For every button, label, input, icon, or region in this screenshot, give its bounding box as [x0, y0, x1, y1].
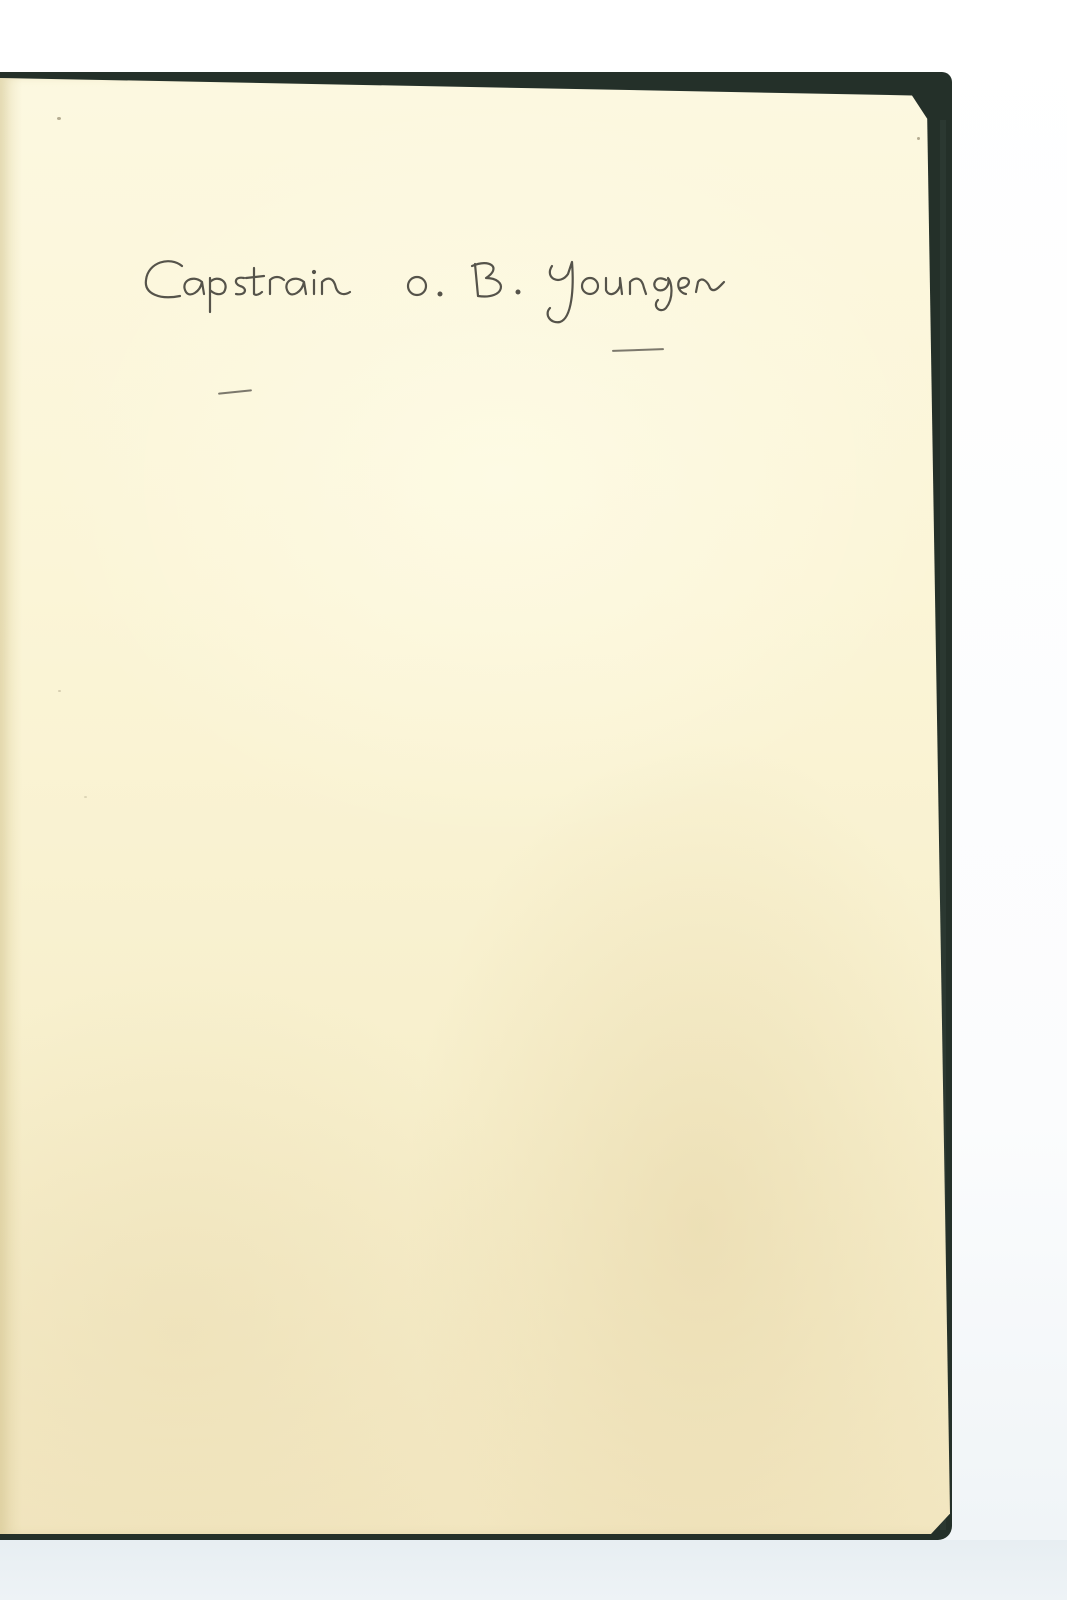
handwritten-inscription: Captain O. B. Younger	[140, 248, 780, 338]
photo-stage: Captain O. B. Younger	[0, 0, 1067, 1600]
paper-speck	[84, 796, 87, 798]
paper-speck	[57, 117, 61, 120]
paper-speck	[58, 690, 61, 692]
handwriting-strokes	[140, 248, 780, 338]
page-gutter	[0, 78, 22, 1534]
table-surface	[0, 1540, 1067, 1600]
paper-speck	[917, 137, 920, 140]
